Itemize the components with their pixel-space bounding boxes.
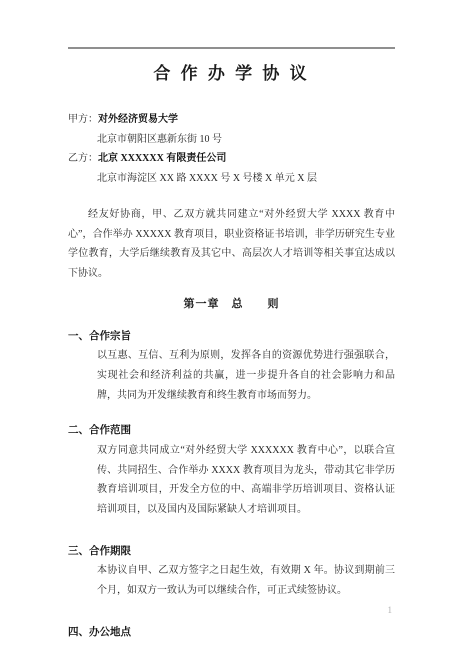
section-office-location: 四、办公地点 — [68, 623, 395, 643]
party-a-name: 对外经济贸易大学 — [98, 114, 178, 125]
party-b-label: 乙方： — [68, 153, 98, 164]
section-body: 以互惠、互信、互利为原则，发挥各自的资源优势进行强强联合，实现社会和经济利益的共… — [97, 346, 395, 405]
section-cooperation-term: 三、合作期限 本协议自甲、乙双方签字之日起生效，有效期 X 年。协议到期前三个月… — [68, 542, 395, 601]
section-heading: 三、合作期限 — [68, 542, 395, 562]
section-heading: 二、合作范围 — [68, 421, 395, 441]
page-number: 1 — [388, 605, 393, 615]
section-heading: 一、合作宗旨 — [68, 327, 395, 347]
party-a-address: 北京市朝阳区惠新东街 10 号 — [68, 130, 395, 150]
party-a-line: 甲方：对外经济贸易大学 — [68, 110, 395, 130]
section-body: 双方同意共同成立“对外经贸大学 XXXXXX 教育中心”，以联合宣传、共同招生、… — [97, 441, 395, 520]
parties-block: 甲方：对外经济贸易大学 北京市朝阳区惠新东街 10 号 乙方：北京 XXXXXX… — [68, 110, 395, 188]
party-a-label: 甲方： — [68, 114, 98, 125]
section-cooperation-scope: 二、合作范围 双方同意共同成立“对外经贸大学 XXXXXX 教育中心”，以联合宣… — [68, 421, 395, 519]
section-body: 本协议自甲、乙双方签字之日起生效，有效期 X 年。协议到期前三个月，如双方一致认… — [97, 561, 395, 600]
document-title: 合 作 办 学 协 议 — [68, 59, 395, 84]
section-spacer — [68, 520, 395, 526]
party-b-address: 北京市海淀区 XX 路 XXXX 号 X 号楼 X 单元 X 层 — [68, 169, 395, 189]
party-b-name: 北京 XXXXXX 有限责任公司 — [98, 153, 226, 164]
party-b-line: 乙方：北京 XXXXXX 有限责任公司 — [68, 149, 395, 169]
chapter-heading: 第一章 总 则 — [68, 295, 395, 311]
section-heading: 四、办公地点 — [68, 623, 395, 643]
section-spacer — [68, 601, 395, 607]
preamble-paragraph: 经友好协商，甲、乙双方就共同建立“对外经贸大学 XXXX 教育中心”，合作举办 … — [68, 205, 395, 284]
header-rule — [68, 47, 395, 49]
section-cooperation-purpose: 一、合作宗旨 以互惠、互信、互利为原则，发挥各自的资源优势进行强强联合，实现社会… — [68, 327, 395, 406]
document-page: 合 作 办 学 协 议 甲方：对外经济贸易大学 北京市朝阳区惠新东街 10 号 … — [0, 0, 463, 655]
